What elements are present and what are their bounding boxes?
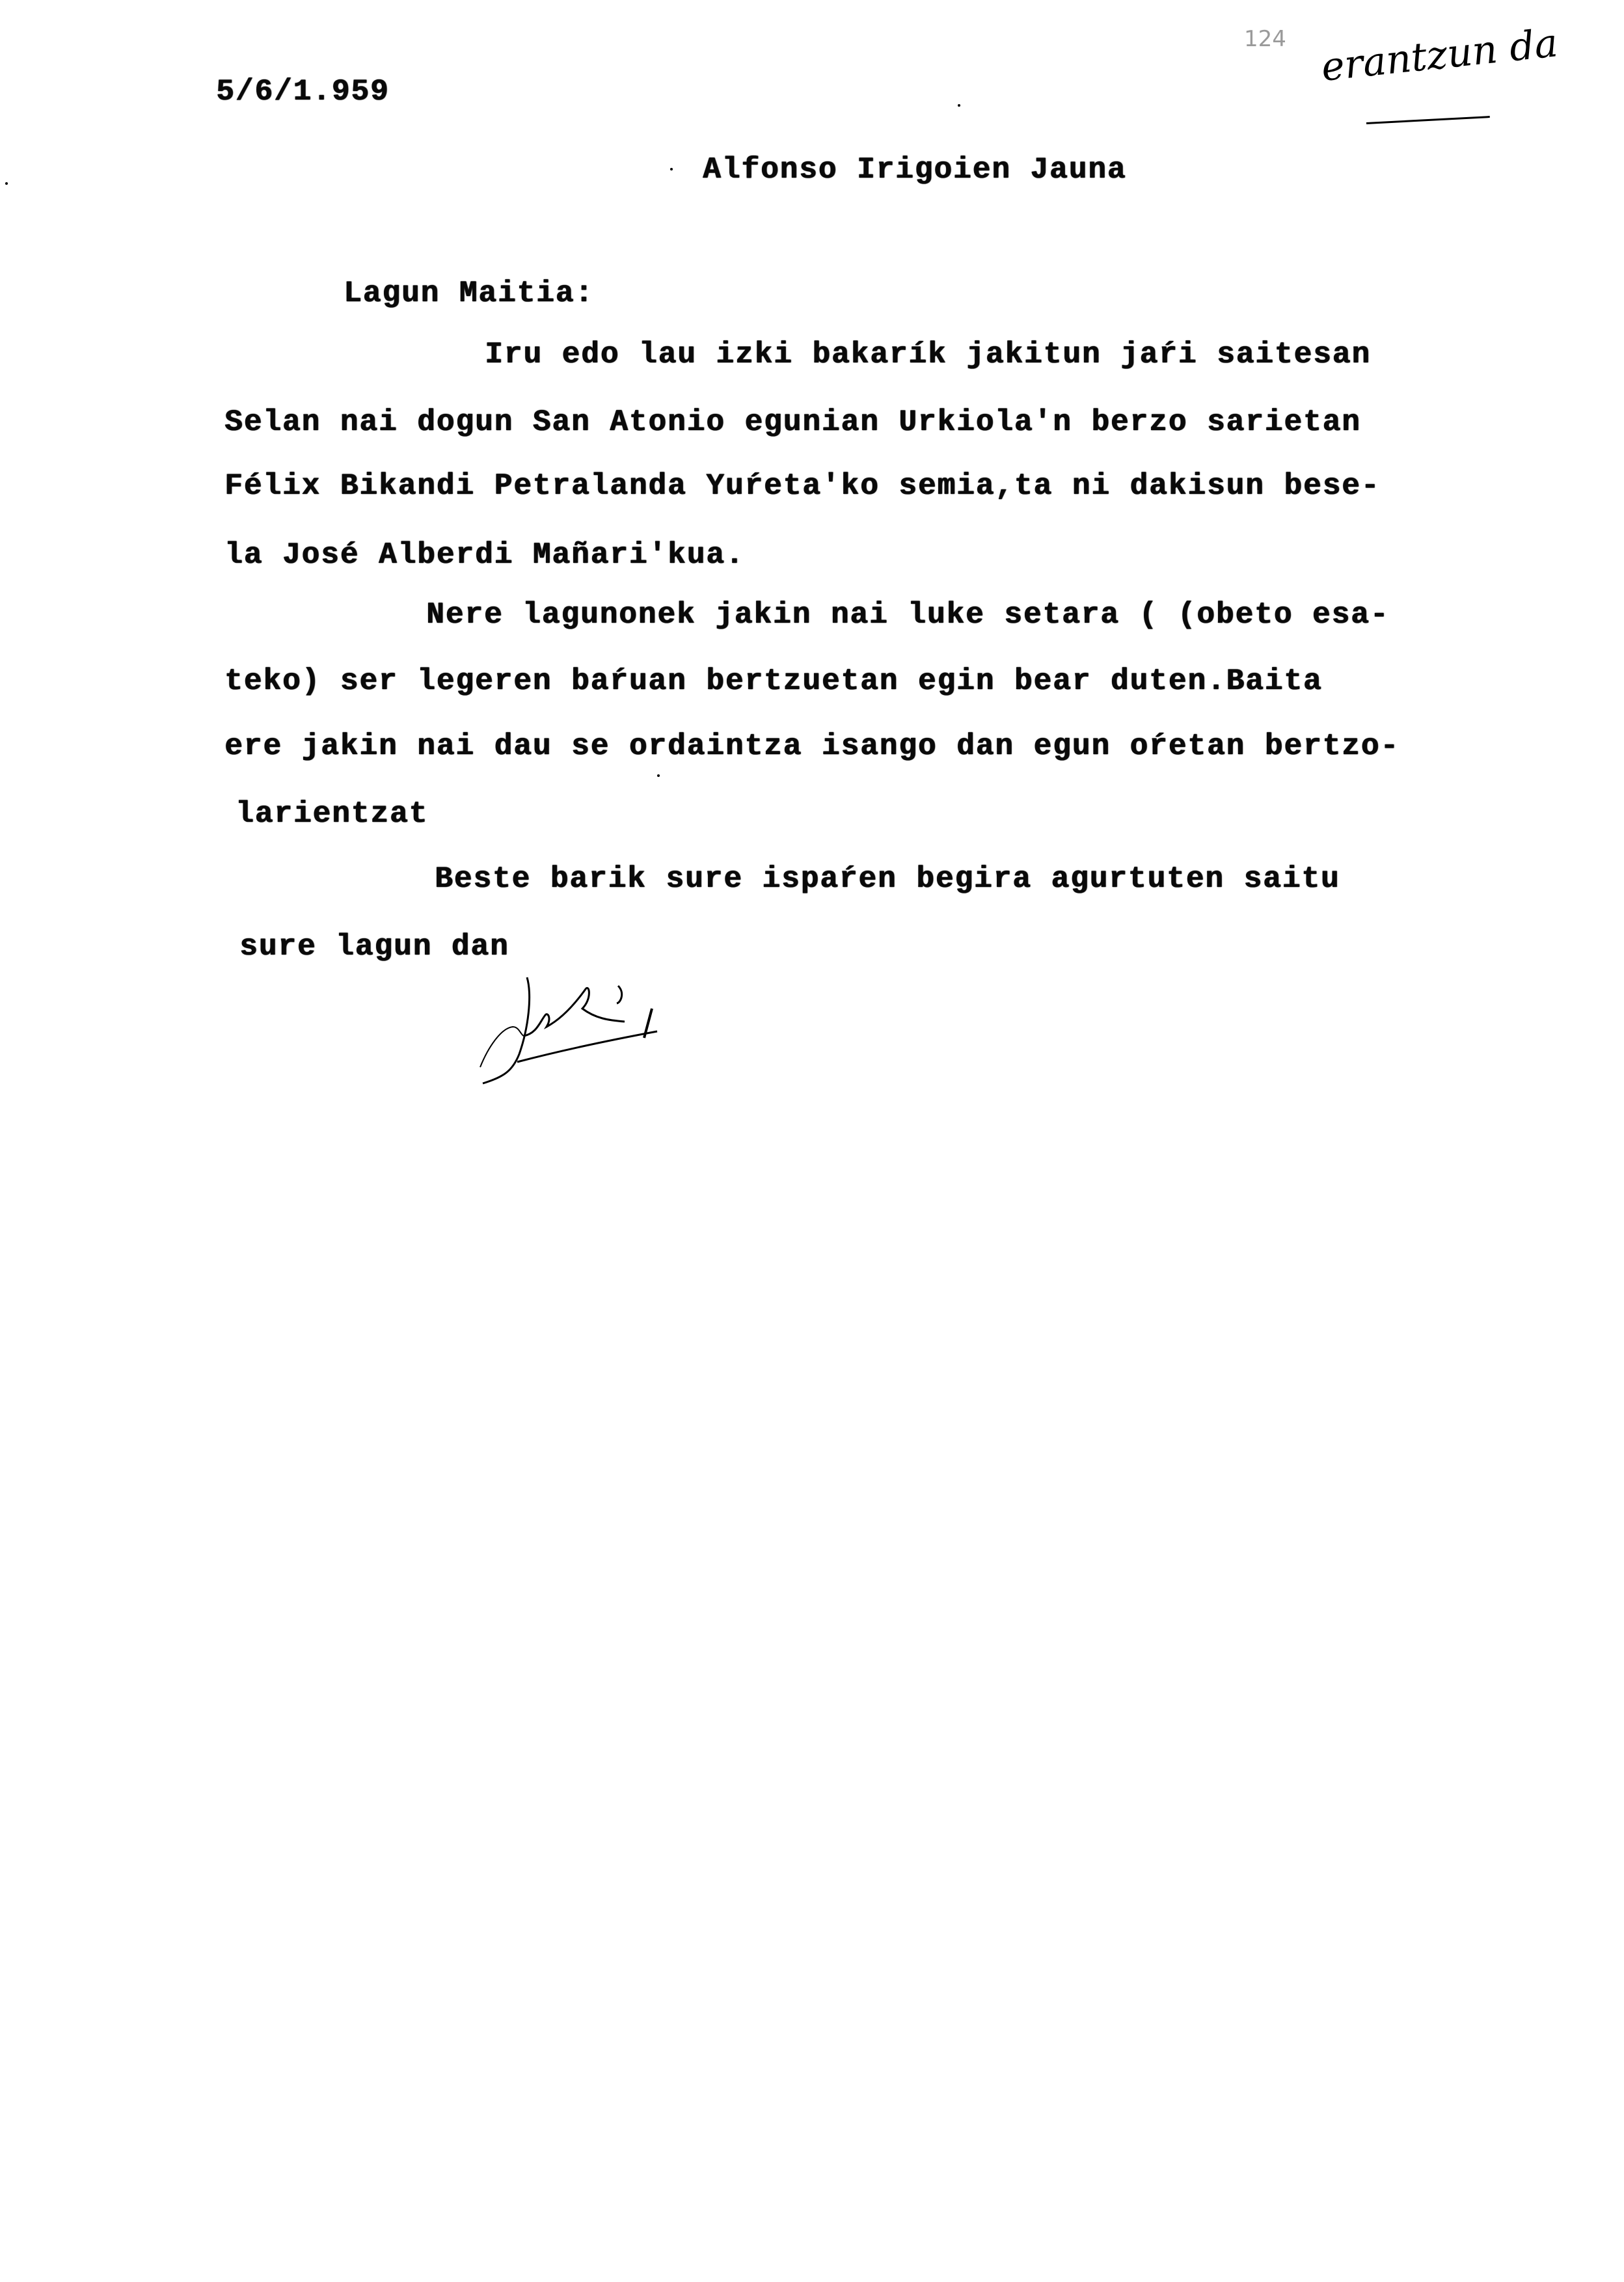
body-line: la José Alberdi Mañari'kua. bbox=[224, 540, 744, 570]
recipient-line: Alfonso Irigoien Jauna bbox=[703, 155, 1126, 185]
body-line: teko) ser legeren baŕuan bertzuetan egin… bbox=[224, 666, 1322, 696]
salutation: Lagun Maitia: bbox=[344, 278, 594, 308]
paper-speck bbox=[657, 774, 660, 777]
signature bbox=[442, 957, 703, 1113]
handwritten-note: erantzun da bbox=[1319, 20, 1560, 90]
body-line: Nere lagunonek jakin nai luke setara ( (… bbox=[426, 600, 1389, 630]
paper-speck bbox=[958, 104, 960, 107]
letter-date: 5/6/1.959 bbox=[216, 77, 389, 107]
paper-speck bbox=[670, 168, 673, 170]
paper-speck bbox=[5, 182, 8, 185]
handwritten-note-underline bbox=[1366, 116, 1490, 124]
body-line: ere jakin nai dau se ordaintza isango da… bbox=[224, 731, 1400, 761]
body-line: Beste barik sure ispaŕen begira agurtute… bbox=[435, 864, 1340, 894]
body-line: Selan nai dogun San Atonio egunian Urkio… bbox=[224, 407, 1361, 437]
page-mark: 124 bbox=[1244, 26, 1286, 52]
body-line: Félix Bikandi Petralanda Yuŕeta'ko semia… bbox=[224, 471, 1380, 501]
body-line: larientzat bbox=[236, 799, 428, 829]
body-line: Iru edo lau izki bakarík jakitun jaŕi sa… bbox=[485, 340, 1371, 370]
